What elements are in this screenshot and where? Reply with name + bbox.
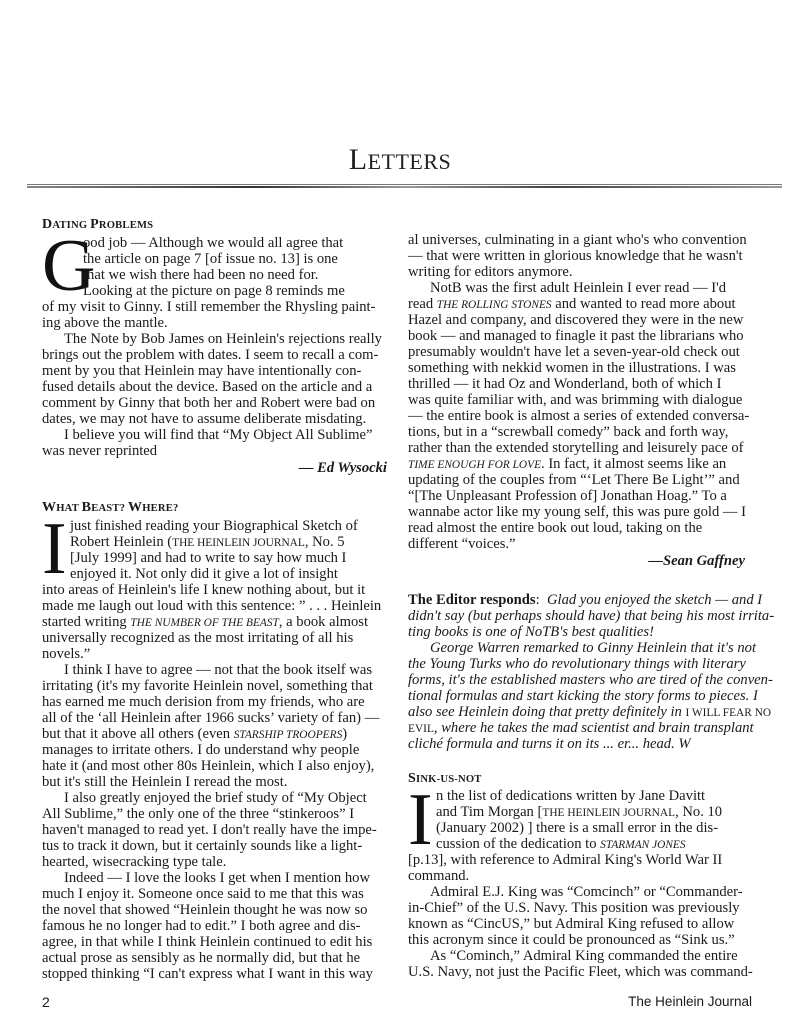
text-line: U.S. Navy, not just the Pacific Fleet, w…	[408, 964, 753, 980]
text-line: made me laugh out loud with this sentenc…	[42, 598, 381, 614]
drop-cap-i: I	[42, 519, 67, 579]
text-line: agree, in that while I think Heinlein co…	[42, 934, 372, 950]
text-line: universally recognized as the most irrit…	[42, 630, 353, 646]
text-line: Evil, where he takes the mad scientist a…	[408, 720, 754, 737]
publication-name: The Heinlein Journal	[628, 994, 752, 1009]
text-line: (January 2002) ] there is a small error …	[436, 820, 718, 836]
text-line: ment by you that Heinlein may have inten…	[42, 363, 361, 379]
text-line: — the entire book is almost a series of …	[408, 408, 749, 424]
text-line: stopped thinking “I can't express what I…	[42, 966, 373, 982]
text-line: something with nekkid women in the illus…	[408, 360, 736, 376]
text-line: al universes, culminating in a giant who…	[408, 232, 747, 248]
text-line: this acronym since it could be pronounce…	[408, 932, 735, 948]
title-divider	[27, 184, 782, 189]
text-line: has earned me much derision from my frie…	[42, 694, 365, 710]
text-line: famous he no longer had to edit.” I both…	[42, 918, 361, 934]
text-line: — that were written in glorious knowledg…	[408, 248, 743, 264]
text-line: actual prose as sensibly as he normally …	[42, 950, 360, 966]
text-line: irritating (it's my favorite Heinlein no…	[42, 678, 373, 694]
text-line: Hazel and company, and discovered they w…	[408, 312, 743, 328]
text-line: was never reprinted	[42, 443, 157, 459]
text-line: the novel that showed “Heinlein thought …	[42, 902, 367, 918]
text-line: Indeed — I love the looks I get when I m…	[64, 870, 370, 886]
text-line: Robert Heinlein (The Heinlein Journal, N…	[70, 534, 345, 551]
text-line: manages to irritate others. I do underst…	[42, 742, 359, 758]
text-line: cliché formula and turns it on its ... e…	[408, 736, 691, 752]
text-line: much I enjoy it. Someone once said to me…	[42, 886, 364, 902]
text-line: hate it (and most other 80s Heinlein, wh…	[42, 758, 374, 774]
text-line: Admiral E.J. King was “Comcinch” or “Com…	[430, 884, 743, 900]
text-line: The Note by Bob James on Heinlein's reje…	[64, 331, 382, 347]
text-line: just finished reading your Biographical …	[70, 518, 358, 534]
text-line: cussion of the dedication to Starman Jon…	[436, 836, 686, 853]
text-line: hearted, wisecracking type tale.	[42, 854, 226, 870]
text-line: I believe you will find that “My Object …	[64, 427, 372, 443]
text-line: but that it above all others (even Stars…	[42, 726, 347, 743]
text-line: tional formulas and start kicking the st…	[408, 688, 758, 704]
text-line: writing for editors anymore.	[408, 264, 573, 280]
text-line: all of the ‘all Heinlein after 1966 suck…	[42, 710, 379, 726]
text-line: the article on page 7 [of issue no. 13] …	[83, 251, 338, 267]
text-line: wannabe actor like my young self, this w…	[408, 504, 746, 520]
text-line: in-Chief” of the U.S. Navy. This positio…	[408, 900, 740, 916]
text-line: ting books is one of NoTB's best qualiti…	[408, 624, 654, 640]
text-line: ood job — Although we would all agree th…	[83, 235, 343, 251]
text-line: thrilled — it had Oz and Wonderland, bot…	[408, 376, 721, 392]
text-line: but it's still the Heinlein I reread the…	[42, 774, 287, 790]
text-line: dates, we may not have to assume deliber…	[42, 411, 366, 427]
drop-cap-i: I	[408, 790, 433, 850]
text-line: read The Rolling Stones and wanted to re…	[408, 296, 736, 313]
text-line: book — and managed to finagle it past th…	[408, 328, 744, 344]
text-line: known as “CincUS,” but Admiral King refu…	[408, 916, 734, 932]
signature-sean-gaffney: —Sean Gaffney	[648, 553, 745, 569]
page-number: 2	[42, 994, 50, 1010]
text-line: presumably wouldn't have let a seven-yea…	[408, 344, 740, 360]
text-line: tus to track it down, but it certainly s…	[42, 838, 362, 854]
text-line: As “Cominch,” Admiral King commanded the…	[430, 948, 738, 964]
text-line: also see Heinlein doing that pretty defi…	[408, 704, 771, 721]
page-title: Letters	[0, 143, 800, 177]
text-line: All Sublime,” the only one of the three …	[42, 806, 354, 822]
text-line: tions, but in a “screwball comedy” back …	[408, 424, 728, 440]
text-line: Time Enough for Love. In fact, it almost…	[408, 456, 726, 473]
text-line: fused details about the device. Based on…	[42, 379, 372, 395]
text-line: [p.13], with reference to Admiral King's…	[408, 852, 722, 868]
text-line: I also greatly enjoyed the brief study o…	[64, 790, 367, 806]
signature-ed-wysocki: — Ed Wysocki	[299, 460, 387, 476]
text-line: brings out the problem with dates. I see…	[42, 347, 378, 363]
text-line: and Tim Morgan [The Heinlein Journal, No…	[436, 804, 722, 821]
editor-response-line: The Editor responds: Glad you enjoyed th…	[408, 592, 762, 608]
editor-response-label: The Editor responds	[408, 592, 536, 608]
text-line: read almost the entire book out loud, ta…	[408, 520, 702, 536]
text-line: n the list of dedications written by Jan…	[436, 788, 705, 804]
text-line: comment by Ginny that both her and Rober…	[42, 395, 375, 411]
text-line: ing above the mantle.	[42, 315, 168, 331]
text-line: the Young Turks who do revolutionary thi…	[408, 656, 746, 672]
text-line: was quite familiar with, and was brimmin…	[408, 392, 742, 408]
text-line: Looking at the picture on page 8 reminds…	[83, 283, 345, 299]
text-line: command.	[408, 868, 469, 884]
text-line: started writing The Number of the Beast,…	[42, 614, 368, 631]
text-line: NotB was the first adult Heinlein I ever…	[430, 280, 726, 296]
text-line: didn't say (but perhaps should have) tha…	[408, 608, 774, 624]
text-line: “[The Unpleasant Profession of] Jonathan…	[408, 488, 727, 504]
text-line: into areas of Heinlein's life I knew not…	[42, 582, 365, 598]
text-line: that we wish there had been no need for.	[83, 267, 318, 283]
text-line: novels.”	[42, 646, 90, 662]
text-line: of my visit to Ginny. I still remember t…	[42, 299, 375, 315]
text-line: [July 1999] and had to write to say how …	[70, 550, 346, 566]
text-line: forms, it's the established masters who …	[408, 672, 773, 688]
text-line: I think I have to agree — not that the b…	[64, 662, 372, 678]
text-line: haven't managed to read yet. I don't rea…	[42, 822, 377, 838]
text-line: different “voices.”	[408, 536, 516, 552]
text-line: updating of the couples from “‘Let There…	[408, 472, 740, 488]
text-line: George Warren remarked to Ginny Heinlein…	[430, 640, 756, 656]
text-line: enjoyed it. Not only did it give a lot o…	[70, 566, 338, 582]
text-line: rather than the extended storytelling an…	[408, 440, 744, 456]
